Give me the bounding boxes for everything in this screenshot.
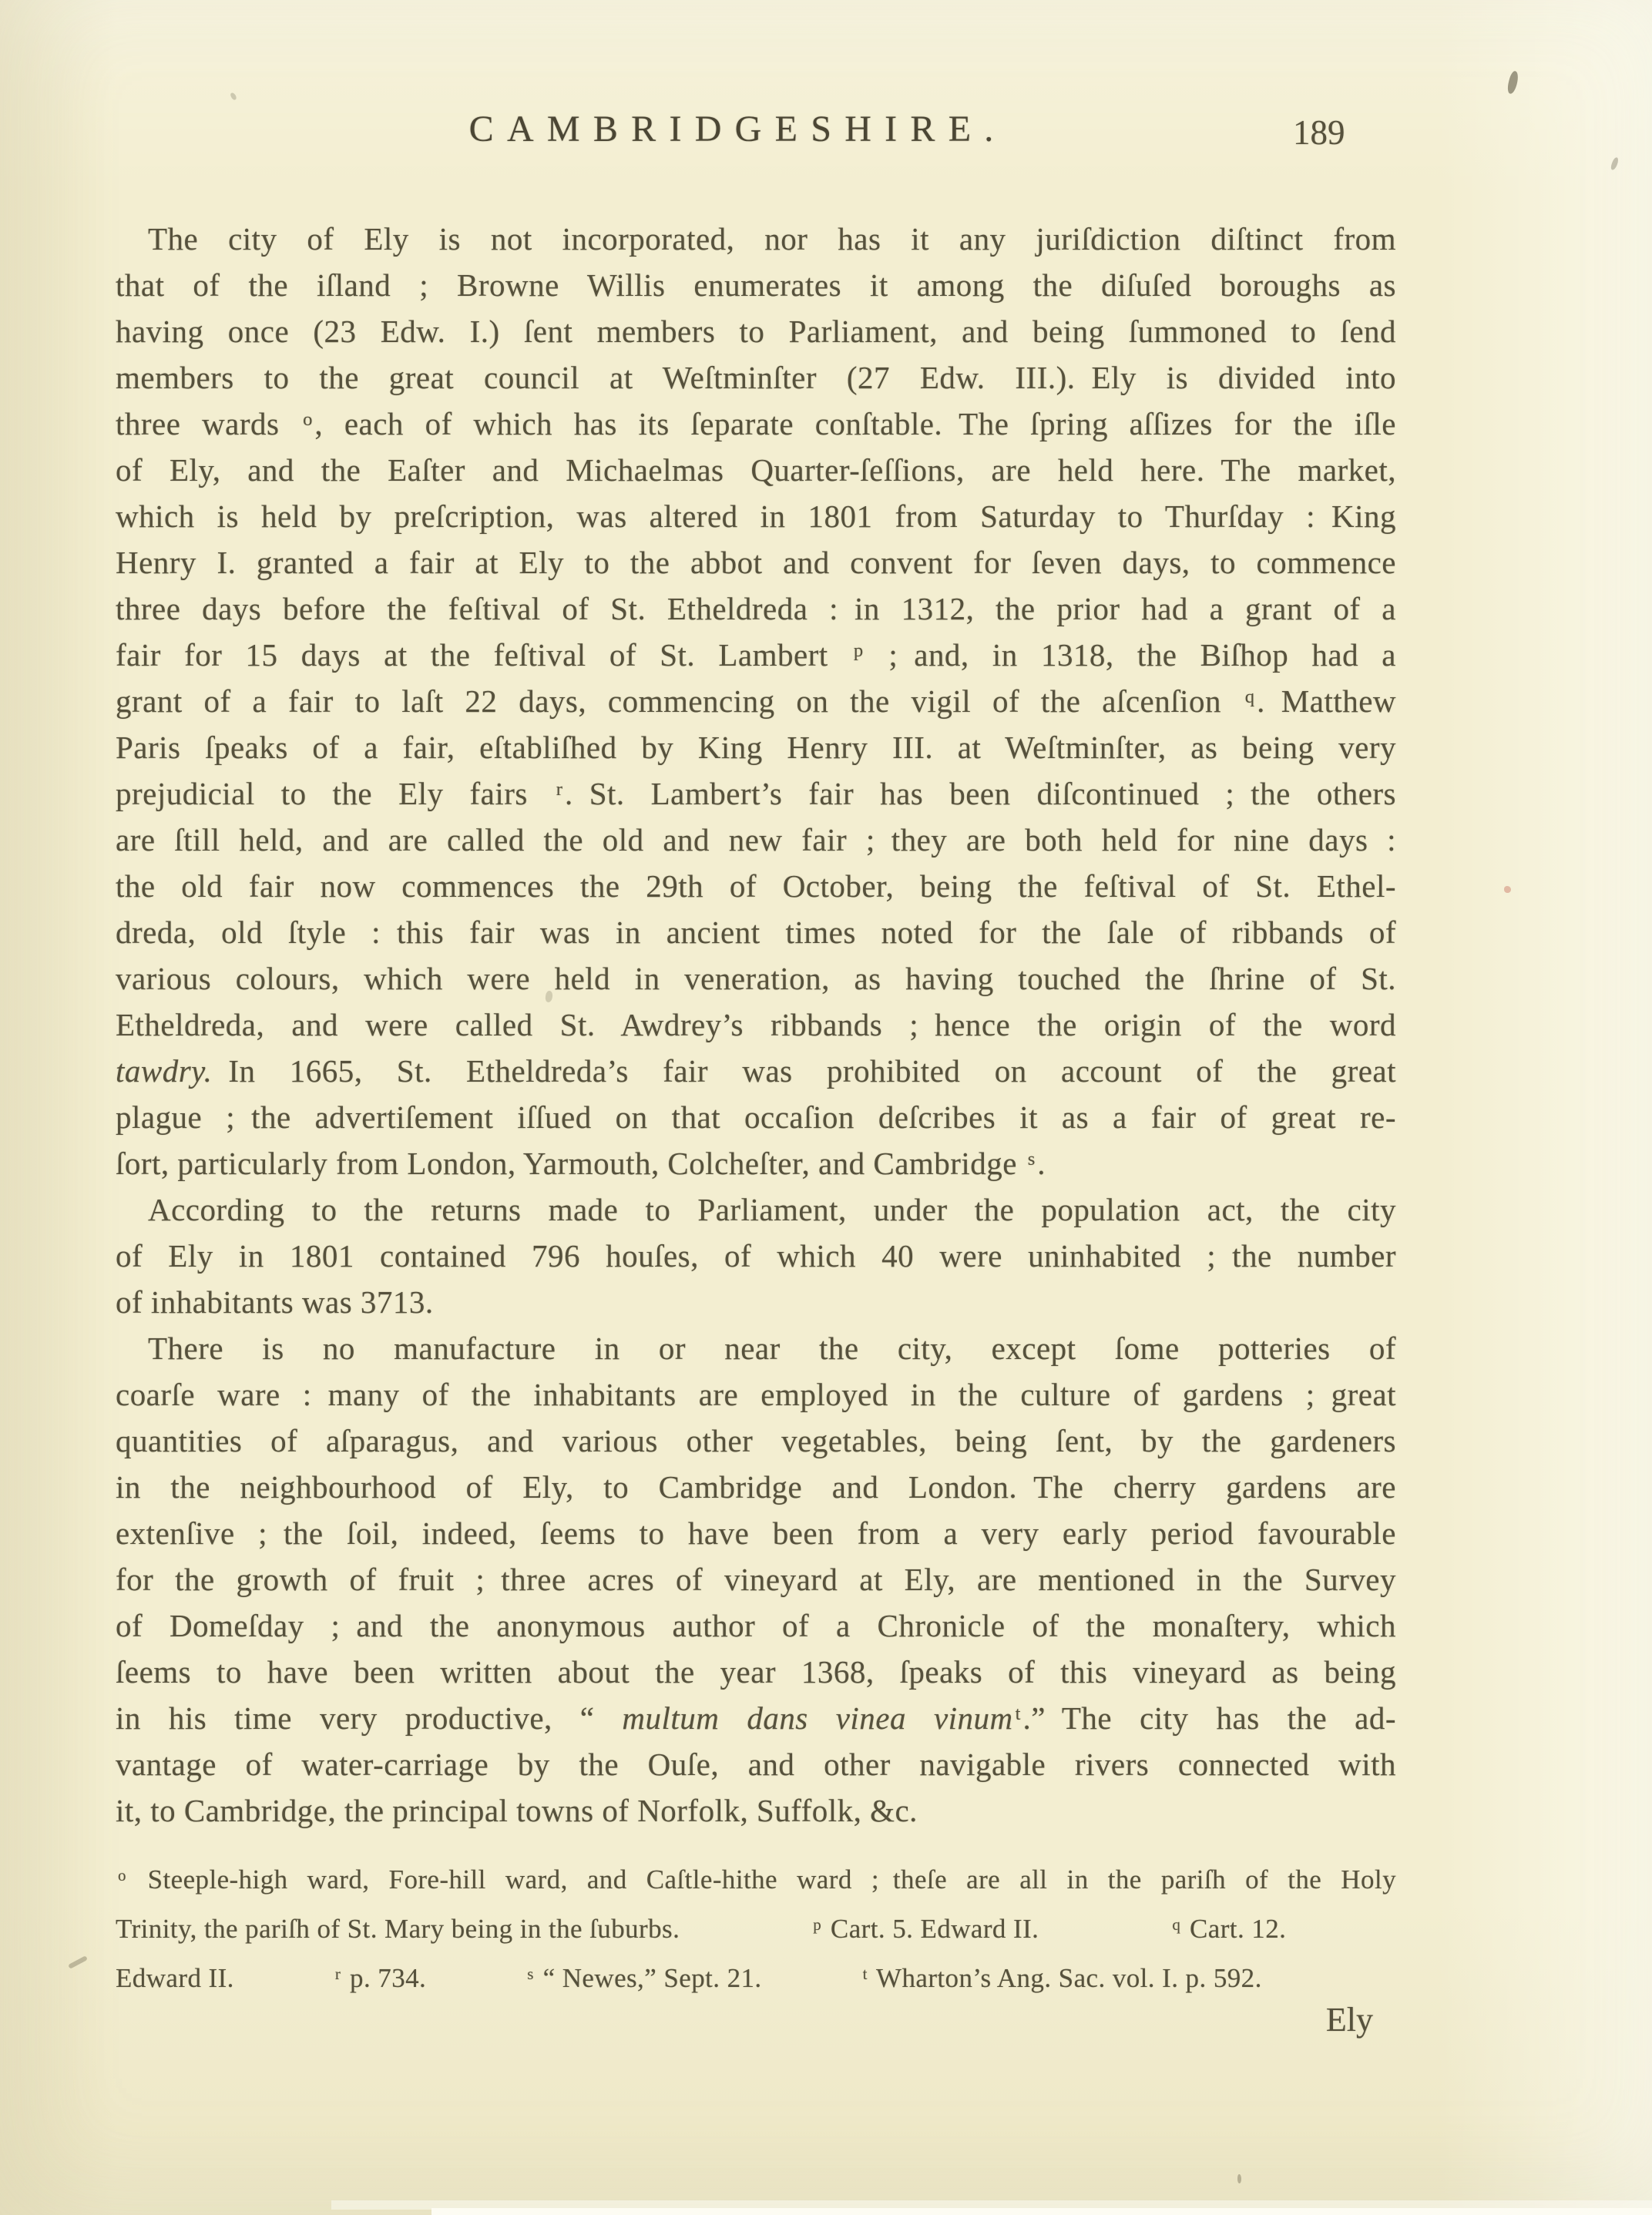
text-segment: prejudicial to the Ely fairs	[116, 776, 554, 811]
text-line: it, to Cambridge, the principal towns of…	[116, 1787, 1396, 1834]
text-line: for the growth of fruit ; three acres of…	[116, 1556, 1396, 1603]
text-segment: of inhabitants was 3713.	[116, 1284, 434, 1320]
text-line: coarſe ware : many of the inhabitants ar…	[116, 1371, 1396, 1418]
text-line: of Ely in 1801 contained 796 houſes, of …	[116, 1233, 1396, 1279]
text-segment: ſeems to have been written about the yea…	[116, 1654, 1396, 1690]
text-line: There is no manufacture in or near the c…	[116, 1325, 1396, 1371]
text-segment: Cart. 12.	[1183, 1914, 1286, 1944]
footnote-reference-mark: p	[851, 640, 865, 661]
footnote-reference-mark: s	[1026, 1149, 1038, 1170]
footnote-reference-mark: q	[1170, 1915, 1183, 1934]
scan-speck	[1504, 886, 1511, 893]
text-segment: In 1665, St. Etheldreda’s fair was prohi…	[212, 1053, 1396, 1089]
footnote-reference-mark: r	[554, 779, 565, 800]
scan-speck	[1506, 70, 1520, 95]
text-line: three wards o, each of which has its ſep…	[116, 401, 1396, 447]
text-line: ſort, particularly from London, Yarmouth…	[116, 1140, 1396, 1186]
text-segment: coarſe ware : many of the inhabitants ar…	[116, 1377, 1396, 1412]
text-segment: plague ; the advertiſement iſſued on tha…	[116, 1099, 1396, 1135]
scan-speck	[1237, 2174, 1241, 2183]
text-segment: three wards	[116, 406, 301, 441]
text-line: ſeems to have been written about the yea…	[116, 1649, 1396, 1695]
text-segment: ; and, in 1318, the Biſhop had a	[865, 637, 1396, 673]
text-segment: extenſive ; the ſoil, indeed, ſeems to h…	[116, 1515, 1396, 1551]
scanned-book-page: CAMBRIDGESHIRE. 189 The city of Ely is n…	[0, 0, 1652, 2215]
text-segment: members to the great council at Weſtminſ…	[116, 360, 1396, 395]
page-number: 189	[1293, 112, 1345, 153]
text-segment: Wharton’s Ang. Sac. vol. I. p. 592.	[869, 1963, 1261, 1993]
text-line: plague ; the advertiſement iſſued on tha…	[116, 1094, 1396, 1140]
footnote-reference-mark: s	[525, 1965, 536, 1983]
text-segment: that of the iſland ; Browne Willis enume…	[116, 267, 1396, 303]
text-line: extenſive ; the ſoil, indeed, ſeems to h…	[116, 1510, 1396, 1556]
text-segment: Etheldreda, and were called St. Awdrey’s…	[116, 1007, 1396, 1042]
text-segment: it, to Cambridge, the principal towns of…	[116, 1793, 918, 1828]
text-segment: dreda, old ſtyle : this fair was in anci…	[116, 915, 1396, 950]
text-segment: which is held by preſcription, was alter…	[116, 498, 1396, 534]
text-line: Edward II.r p. 734.s “ Newes,” Sept. 21.…	[116, 1954, 1396, 2003]
text-segment: are ſtill held, and are called the old a…	[116, 822, 1396, 857]
text-segment: “ Newes,” Sept. 21.	[536, 1963, 761, 1993]
catchword: Ely	[116, 1997, 1396, 2043]
footnote-reference-mark: q	[1243, 686, 1257, 707]
text-line: tawdry. In 1665, St. Etheldreda’s fair w…	[116, 1048, 1396, 1094]
text-segment: of Ely, and the Eaſter and Michaelmas Qu…	[116, 452, 1396, 488]
text-line: three days before the feſtival of St. Et…	[116, 586, 1396, 632]
text-segment: of Domeſday ; and the anonymous author o…	[116, 1608, 1396, 1643]
text-line: members to the great council at Weſtminſ…	[116, 354, 1396, 401]
text-segment: of Ely in 1801 contained 796 houſes, of …	[116, 1238, 1396, 1274]
paragraph-ely-jurisdiction-fairs: The city of Ely is not incorporated, nor…	[116, 216, 1396, 1186]
text-line: are ſtill held, and are called the old a…	[116, 817, 1396, 863]
text-segment: Edward II.	[116, 1963, 234, 1993]
text-line: fair for 15 days at the feſtival of St. …	[116, 632, 1396, 678]
text-line: in his time very productive, “ multum da…	[116, 1695, 1396, 1741]
footnote-reference-mark: o	[116, 1866, 129, 1884]
text-segment: fair for 15 days at the feſtival of St. …	[116, 637, 851, 673]
text-segment: .	[1037, 1146, 1046, 1181]
footnotes-block: o Steeple-high ward, Fore-hill ward, and…	[116, 1855, 1396, 2003]
text-line: of inhabitants was 3713.	[116, 1279, 1396, 1325]
text-segment: multum dans vinea vinum	[622, 1700, 1012, 1736]
text-segment: Steeple-high ward, Fore-hill ward, and C…	[129, 1864, 1397, 1894]
footnote-reference-mark: o	[301, 409, 314, 430]
text-line: Paris ſpeaks of a fair, eſtabliſhed by K…	[116, 724, 1396, 770]
footnote-reference-mark: p	[811, 1915, 824, 1934]
scan-speck	[1610, 156, 1620, 170]
text-segment: in the neighbourhood of Ely, to Cambridg…	[116, 1469, 1396, 1505]
text-segment: Trinity, the pariſh of St. Mary being in…	[116, 1914, 680, 1944]
text-segment: There is no manufacture in or near the c…	[148, 1331, 1396, 1366]
text-line: quantities of aſparagus, and various oth…	[116, 1418, 1396, 1464]
text-line: various colours, which were held in vene…	[116, 955, 1396, 1002]
scan-speck	[68, 1955, 88, 1969]
text-line: According to the returns made to Parliam…	[116, 1186, 1396, 1233]
text-segment: Henry I. granted a fair at Ely to the ab…	[116, 545, 1396, 580]
text-line: which is held by preſcription, was alter…	[116, 493, 1396, 539]
scan-speck	[230, 92, 237, 101]
text-segment: vantage of water-carriage by the Ouſe, a…	[116, 1747, 1396, 1782]
paragraph-manufacture-gardens: There is no manufacture in or near the c…	[116, 1325, 1396, 1834]
text-segment: in his time very productive, “	[116, 1700, 622, 1736]
text-line: that of the iſland ; Browne Willis enume…	[116, 262, 1396, 308]
text-line: vantage of water-carriage by the Ouſe, a…	[116, 1741, 1396, 1787]
text-segment: According to the returns made to Parliam…	[148, 1192, 1396, 1227]
text-segment: having once (23 Edw. I.) ſent members to…	[116, 314, 1396, 349]
text-segment: Paris ſpeaks of a fair, eſtabliſhed by K…	[116, 730, 1396, 765]
text-line: o Steeple-high ward, Fore-hill ward, and…	[116, 1855, 1396, 1905]
text-segment: . Matthew	[1257, 683, 1396, 719]
text-line: The city of Ely is not incorporated, nor…	[116, 216, 1396, 262]
text-line: prejudicial to the Ely fairs r. St. Lamb…	[116, 770, 1396, 817]
footnote-reference-mark: t	[861, 1965, 870, 1983]
text-segment: three days before the feſtival of St. Et…	[116, 591, 1396, 626]
text-segment: for the growth of fruit ; three acres of…	[116, 1562, 1396, 1597]
text-segment: Cart. 5. Edward II.	[824, 1914, 1039, 1944]
text-line: Etheldreda, and were called St. Awdrey’s…	[116, 1002, 1396, 1048]
text-line: the old fair now commences the 29th of O…	[116, 863, 1396, 909]
text-line: Henry I. granted a fair at Ely to the ab…	[116, 539, 1396, 586]
text-segment: .” The city has the ad-	[1022, 1700, 1396, 1736]
text-segment: various colours, which were held in vene…	[116, 961, 1396, 996]
text-line: of Ely, and the Eaſter and Michaelmas Qu…	[116, 447, 1396, 493]
text-segment: grant of a fair to laſt 22 days, commenc…	[116, 683, 1243, 719]
footnote-reference-mark: t	[1013, 1703, 1023, 1724]
running-title: CAMBRIDGESHIRE.	[91, 108, 1372, 150]
footnote-reference-mark: r	[333, 1965, 343, 1983]
scan-bottom-edge	[431, 2208, 1652, 2215]
paragraph-population-returns: According to the returns made to Parliam…	[116, 1186, 1396, 1325]
text-segment: tawdry.	[116, 1053, 212, 1089]
text-segment: . St. Lambert’s fair has been diſcontinu…	[565, 776, 1396, 811]
text-segment: quantities of aſparagus, and various oth…	[116, 1423, 1396, 1458]
text-line: grant of a fair to laſt 22 days, commenc…	[116, 678, 1396, 724]
text-line: dreda, old ſtyle : this fair was in anci…	[116, 909, 1396, 955]
text-line: Trinity, the pariſh of St. Mary being in…	[116, 1905, 1396, 1954]
text-segment: , each of which has its ſeparate conſtab…	[314, 406, 1396, 441]
text-column: The city of Ely is not incorporated, nor…	[116, 216, 1396, 2043]
text-segment: The city of Ely is not incorporated, nor…	[148, 221, 1396, 257]
text-line: in the neighbourhood of Ely, to Cambridg…	[116, 1464, 1396, 1510]
text-segment: the old fair now commences the 29th of O…	[116, 868, 1396, 904]
text-segment: p. 734.	[343, 1963, 426, 1993]
text-line: having once (23 Edw. I.) ſent members to…	[116, 308, 1396, 354]
text-line: of Domeſday ; and the anonymous author o…	[116, 1603, 1396, 1649]
text-segment: ſort, particularly from London, Yarmouth…	[116, 1146, 1026, 1181]
